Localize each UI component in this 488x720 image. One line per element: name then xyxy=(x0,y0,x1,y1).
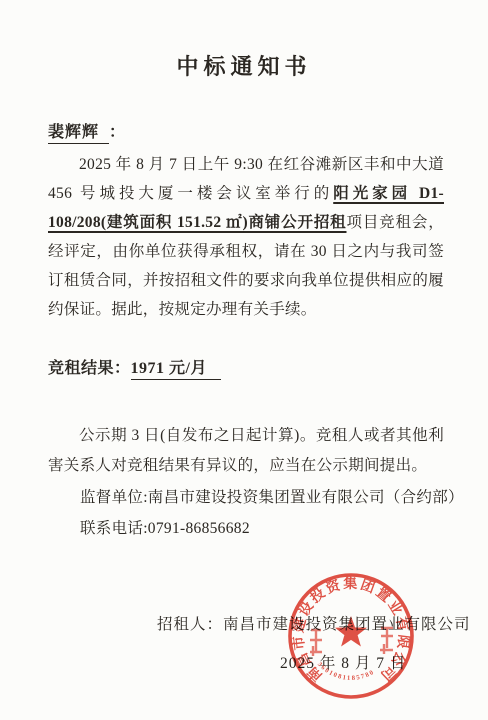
body-paragraph: 2025 年 8 月 7 日上午 9:30 在红谷滩新区丰和中大道 456 号城… xyxy=(48,150,444,324)
bid-result-value: 1971 元/月 xyxy=(131,360,221,380)
bid-result-label: 竞租结果： xyxy=(48,360,131,377)
addressee-colon: ： xyxy=(109,124,126,141)
svg-text:3601081185780: 3601081185780 xyxy=(316,661,376,682)
bid-result-line: 竞租结果：1971 元/月 xyxy=(48,355,221,378)
issuer-label: 招租人： xyxy=(157,616,223,633)
company-seal: 南昌市建设投资集团置业有限公司 3601081185780 xyxy=(285,570,417,702)
document-title: 中标通知书 xyxy=(0,50,488,81)
seal-number-text: 3601081185780 xyxy=(316,661,376,682)
phone-line: 联系电话:0791-86856682 xyxy=(80,516,250,538)
addressee-line: 裴辉辉： xyxy=(48,119,126,142)
supervisor-line: 监督单位:南昌市建设投资集团置业有限公司（合约部） xyxy=(80,485,464,507)
document-page: 中标通知书 裴辉辉： 2025 年 8 月 7 日上午 9:30 在红谷滩新区丰… xyxy=(0,0,488,720)
addressee-name: 裴辉辉 xyxy=(48,124,109,144)
seal-star xyxy=(335,616,367,647)
publicity-notice-paragraph: 公示期 3 日(自发布之日起计算)。竞租人或者其他利害关系人对竞租结果有异议的，… xyxy=(48,421,444,481)
